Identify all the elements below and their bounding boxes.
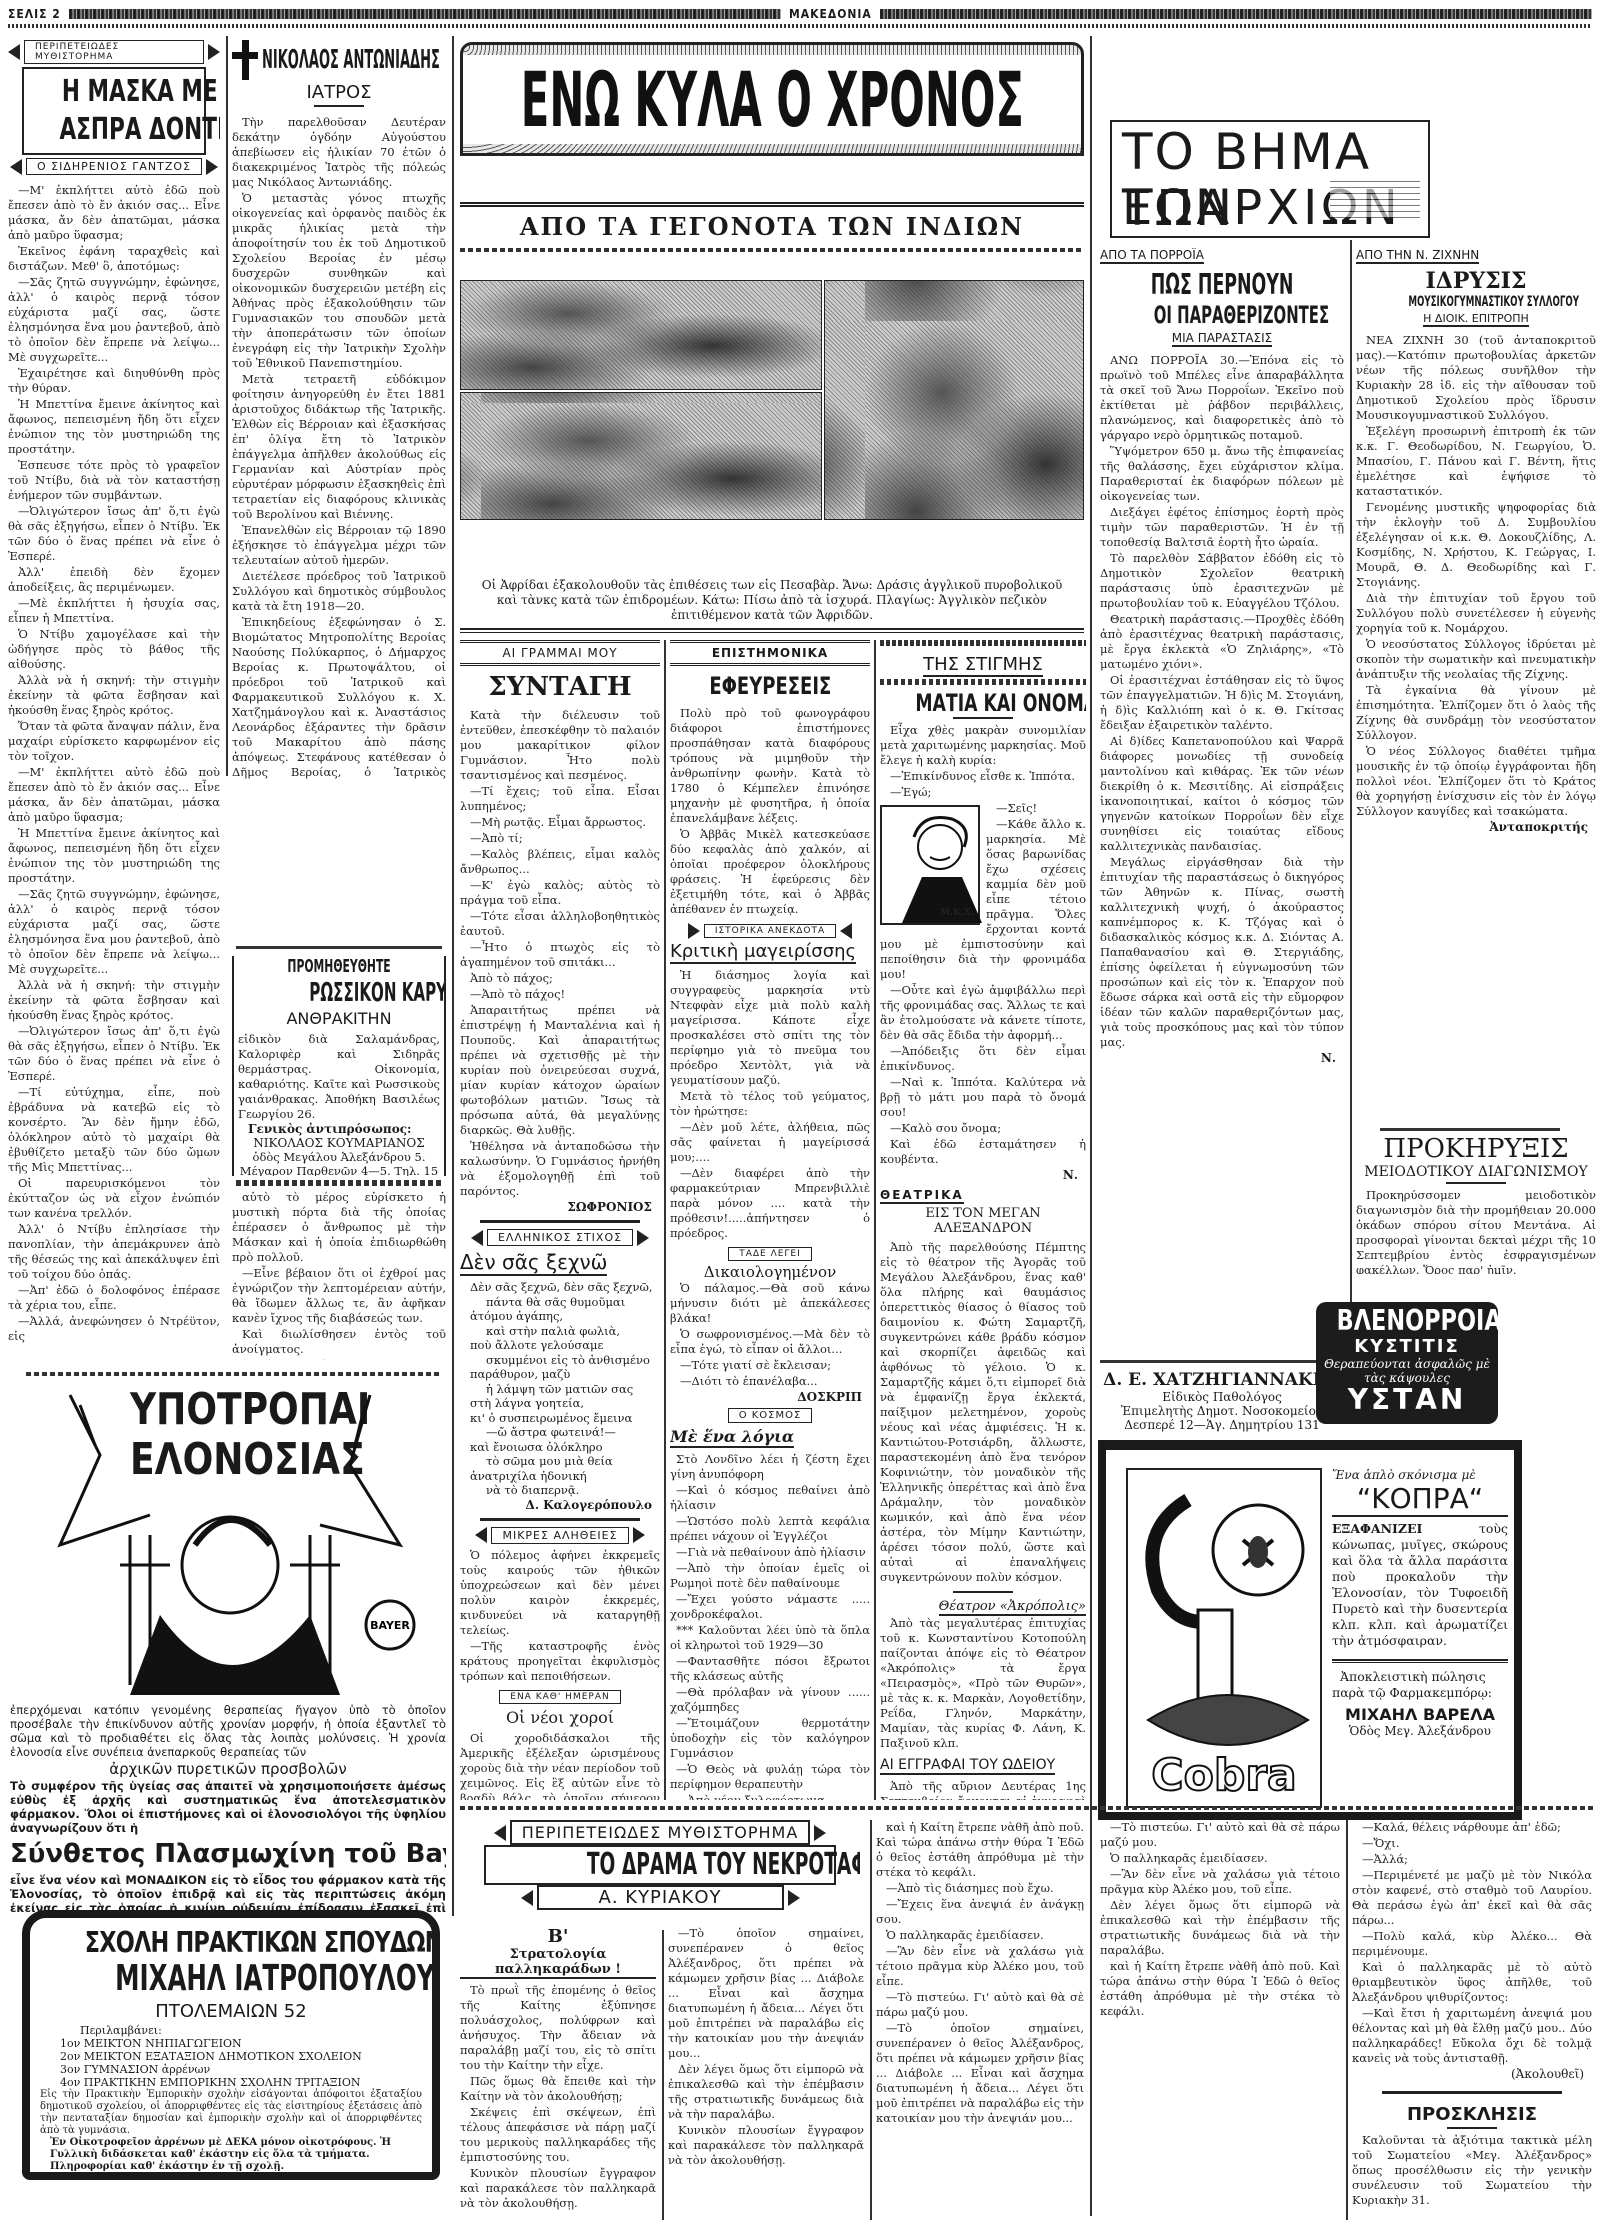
arrow-left-icon <box>475 1527 487 1543</box>
coal-ad-rep-name: ΝΙΚΟΛΑΟΣ ΚΟΥΜΑΡΙΑΝΟΣ <box>238 1136 440 1150</box>
conservatory-body: Ἀπὸ τῆς αὔριον Δευτέρας 1ης Σεπτεμβρίου … <box>880 1779 1086 1800</box>
chapter-number: Β' <box>460 1926 656 1947</box>
serial2-kicker: ΠΕΡΙΠΕΤΕΙΩΔΕΣ ΜΥΘΙΣΤΟΡΗΜΑ <box>460 1820 860 1845</box>
serial2-col1: Β' Στρατολογία παλληκαράδων ! Τὸ πρωῒ τῆ… <box>460 1926 656 2226</box>
poem-signature: Δ. Καλογερόπουλο <box>460 1498 660 1512</box>
tender-notice: ΠΡΟΚΗΡΥΞΙΣ ΜΕΙΟΔΟΤΙΚΟΥ ΔΙΑΓΩΝΙΣΜΟΥ Προκη… <box>1356 1134 1596 1274</box>
doctor-position: Ἐπιμελητὴς Δημοτ. Νοσοκομείου <box>1100 1404 1344 1418</box>
school-ad-items: 1ον ΜΕΙΚΤΟΝ ΝΗΠΙΑΓΩΓΕΙΟΝ 2ον ΜΕΙΚΤΟΝ ΕΞΑ… <box>40 2037 422 2089</box>
coal-ad-subtitle: ΑΝΘΡΑΚΙΤΗΝ <box>238 1009 440 1028</box>
signature: ΔΟΣΚΡΙΠ <box>670 1390 870 1404</box>
serial2-col5: —Καλά, θέλεις νάρθουμε ἀπ' ἐδῶ; —Ὄχι. —Ἀ… <box>1352 1820 1592 2220</box>
divider <box>1380 1128 1560 1131</box>
serial-title-line2: ΑΣΠΡΑ ΔΟΝΤΙΑ <box>59 111 220 149</box>
divider <box>314 105 364 107</box>
section-daily: ΕΝΑ ΚΑΘ' ΗΜΕΡΑΝ <box>460 1690 660 1704</box>
divider <box>1447 2127 1497 2129</box>
section-theatre: ΘΕΑΤΡΙΚΑ <box>880 1188 1086 1204</box>
serial-title-line1: Η ΜΑΣΚΑ ΜΕ ΤΑ <box>62 73 220 111</box>
arrow-right-icon <box>637 1230 649 1246</box>
coal-ad-rep-label: Γενικὸς ἀντιπρόσωπος: <box>238 1122 440 1136</box>
school-ad-line2: ΜΙΧΑΗΛ ΙΑΤΡΟΠΟΥΛΟΥ <box>115 1959 434 1999</box>
cobra-merchant: ΜΙΧΑΗΛ ΒΑΡΕΛΑ <box>1332 1705 1508 1724</box>
divider <box>1100 1360 1344 1363</box>
chapter-title: Στρατολογία παλληκαράδων ! <box>460 1947 656 1979</box>
school-ad-address: ΠΤΟΛΕΜΑΙΩΝ 52 <box>40 2001 422 2022</box>
serial2-title: ΤΟ ΔΡΑΜΑ ΤΟΥ ΝΕΚΡΟΤΑΦΕΙΟΥ <box>587 1847 860 1883</box>
school-ad-body: Εἰς τὴν Πρακτικὴν Ἐμπορικὴν σχολὴν εἰσάγ… <box>40 2089 422 2137</box>
serial2-col3: καὶ ἡ Καίτη ἔτρεπε νὰθῆ ἀπὸ ποῦ. Καὶ τώρ… <box>876 1820 1084 2220</box>
bracket-left-icon <box>688 923 700 939</box>
column-rule <box>874 640 876 1800</box>
article-title-dances: Οἱ νέοι χοροί <box>460 1708 660 1727</box>
divider <box>1446 1182 1506 1184</box>
cobra-lead: ΕΞΑΦΑΝΙΖΕΙ <box>1332 1521 1422 1536</box>
obituary-name: ΝΙΚΟΛΑΟΣ ΑΝΤΩΝΙΑΔΗΣ <box>262 45 440 75</box>
serial-kicker: ΠΕΡΙΠΕΤΕΙΩΔΕΣ ΜΥΘΙΣΤΟΡΗΜΑ <box>8 40 220 64</box>
poem-title: Δὲν σᾶς ξεχνῶ <box>460 1250 660 1276</box>
blenorrhea-brand: ΥΣΤΑΝ <box>1316 1385 1498 1415</box>
column-rule <box>452 36 454 1916</box>
arrow-right-icon <box>208 44 220 60</box>
village-illustration <box>1330 178 1420 218</box>
column-rule <box>870 1820 872 2220</box>
arrow-right-icon <box>633 1527 645 1543</box>
coal-ad-address2: Μέγαρον Παρθενῶν 4—5. Τηλ. 15—71. <box>238 1164 440 1176</box>
coal-ad-title: ΡΩΣΣΙΚΟΝ ΚΑΡΥΔΑΤΟΝ <box>309 977 446 1009</box>
divider <box>953 1591 1013 1593</box>
page-number: ΣΕΛΙΣ 2 <box>8 7 61 21</box>
article-title-eyes-and-name: ΜΑΤΙΑ ΚΑΙ ΟΝΟΜΑ <box>915 689 1086 717</box>
page-header: ΣΕΛΙΣ 2 ΜΑΚΕΔΟΝΙΑ <box>8 4 1592 24</box>
obituary-title: ΙΑΤΡΟΣ <box>232 82 446 103</box>
dateline: ΑΠΟ ΤΗΝ Ν. ΖΙΧΝΗΝ <box>1356 248 1596 264</box>
bayer-ad-heading: ἀρχικῶν πυρετικῶν προσβολῶν <box>10 1762 446 1776</box>
column-rule <box>664 640 666 1800</box>
signature: Ν. <box>1100 1051 1344 1065</box>
bayer-ad-intro: ἐπερχόμεναι κατόπιν γενομένης θεραπείας … <box>10 1703 446 1759</box>
provinces-banner: ΤΟ ΒΗΜΑ ΤΩΝ ΕΠΑΡΧΙΩΝ <box>1110 120 1430 238</box>
divider <box>26 1372 440 1376</box>
cobra-body: τοὺς κώνωπας, μυῖγες, σκώρους καὶ ὅλα τὰ… <box>1332 1521 1508 1648</box>
serial2-col2: —Τὸ ὁποῖον σημαίνει, συνεπέρανεν ὁ θεῖος… <box>668 1926 864 2226</box>
blenorrhea-line1: ΒΛΕΝΟΡΡΟΙΑ <box>1337 1306 1498 1336</box>
invitation-body: Καλοῦνται τὰ ἀξιότιμα τακτικὰ μέλη τοῦ Σ… <box>1352 2133 1592 2208</box>
divider <box>480 1220 640 1223</box>
section-historical-anecdotes: ΙΣΤΟΡΙΚΑ ΑΝΕΚΔΟΤΑ <box>670 923 870 939</box>
paper-name: ΜΑΚΕΔΟΝΙΑ <box>789 7 872 21</box>
article-title-conservatory: ΑΙ ΕΓΓΡΑΦΑΙ ΤΟΥ ΩΔΕΙΟΥ <box>880 1757 1086 1775</box>
illustrator-initials: Μ.Κ.Χ. <box>930 906 974 921</box>
school-ad: ΣΧΟΛΗ ΠΡΑΚΤΙΚΩΝ ΣΠΟΥΔΩΝ ΜΙΧΑΗΛ ΙΑΤΡΟΠΟΥΛ… <box>22 1910 440 2180</box>
cobra-intro: Ἕνα ἁπλὸ σκόνισμα μὲ <box>1332 1468 1508 1482</box>
section-science: ΕΠΙΣΤΗΜΟΝΙΚΑ <box>670 640 870 666</box>
arrow-left-icon <box>494 1825 506 1841</box>
cobra-brand: “ΚΟΠΡΑ“ <box>1332 1482 1508 1517</box>
divider <box>460 248 1084 252</box>
arrow-left-icon <box>10 159 22 175</box>
signature: Ν. <box>880 1168 1086 1182</box>
article-title-line1: ΙΔΡΥΣΙΣ <box>1356 268 1596 294</box>
bracket-right-icon <box>840 923 852 939</box>
feature-headline: ΕΝΩ ΚΥΛΑ Ο ΧΡΟΝΟΣ <box>520 55 1023 144</box>
photo-infantry <box>824 280 1084 520</box>
serial-title-box: Η ΜΑΣΚΑ ΜΕ ΤΑ ΑΣΠΡΑ ΔΟΝΤΙΑ <box>22 67 206 155</box>
doctor-ad: Δ. Ε. ΧΑΤΖΗΓΙΑΝΝΑΚΗΣ Εἰδικὸς Παθολόγος Ἐ… <box>1100 1370 1344 1450</box>
provinces-article-porroia: ΑΠΟ ΤΑ ΠΟΡΡΟΪΑ ΠΩΣ ΠΕΡΝΟΥΝ ΟΙ ΠΑΡΑΘΕΡΙΖΟ… <box>1100 248 1344 1368</box>
school-ad-intro: Περιλαμβάνει: <box>40 2024 422 2037</box>
tender-subtitle: ΜΕΙΟΔΟΤΙΚΟΥ ΔΙΑΓΩΝΙΣΜΟΥ <box>1356 1164 1596 1180</box>
column-rule <box>226 36 228 776</box>
bayer-ad-product: Σύνθετος Πλασμωχίνη τοῦ Bayer <box>10 1839 446 1869</box>
column-my-lines: ΑΙ ΓΡΑΜΜΑΙ ΜΟΥ ΣΥΝΤΑΓΗ Κατὰ τὴν διέλευσι… <box>460 640 660 1800</box>
provinces-article-zichni: ΑΠΟ ΤΗΝ Ν. ΖΙΧΝΗΝ ΙΔΡΥΣΙΣ ΜΟΥΣΙΚΟΓΥΜΝΑΣΤ… <box>1356 248 1596 1108</box>
coal-ad-body: εἰδικὸν διὰ Σαλαμάνδρας, Καλοριφὲρ καὶ Σ… <box>238 1032 440 1122</box>
signature: Ἀνταποκριτής <box>1356 820 1596 834</box>
section-greek-verse: ΕΛΛΗΝΙΚΟΣ ΣΤΙΧΟΣ <box>460 1229 660 1246</box>
theatre-body: Ἀπὸ τῆς παρελθούσης Πέμπτης εἰς τὸ θέατρ… <box>880 1240 1086 1585</box>
dateline: ΑΠΟ ΤΑ ΠΟΡΡΟΪΑ <box>1100 248 1344 264</box>
ornament-rule <box>880 640 1086 646</box>
obituary: ΝΙΚΟΛΑΟΣ ΑΝΤΩΝΙΑΔΗΣ ΙΑΤΡΟΣ Τὴν παρελθοῦσ… <box>232 40 446 780</box>
section-small-truths: ΜΙΚΡΕΣ ΑΛΗΘΕΙΕΣ <box>460 1527 660 1544</box>
feature-headline-box: ΕΝΩ ΚΥΛΑ Ο ΧΡΟΝΟΣ <box>460 42 1084 156</box>
divider <box>236 1180 442 1186</box>
section-tade-legei: ΤΑΔΕ ΛΕΓΕΙ <box>670 1247 870 1261</box>
divider <box>460 202 1084 207</box>
serial-novel-1-continued: αὐτὸ τὸ μέρος εὑρίσκετο ἡ μυστικὴ πόρτα … <box>232 1190 446 1360</box>
article-title-line2: ΜΟΥΣΙΚΟΓΥΜΝΑΣΤΙΚΟΥ ΣΥΛΛΟΓΟΥ <box>1408 294 1579 310</box>
arrow-right-icon <box>788 1890 800 1906</box>
divider <box>460 628 1084 633</box>
article-title-anecdote: Κριτικὴ μαγειρίσσης <box>670 941 870 964</box>
ornament-rule <box>880 679 1086 685</box>
malaria-patient-illustration: BAYER <box>40 1385 430 1695</box>
cobra-ad-copy: Ἕνα ἁπλὸ σκόνισμα μὲ “ΚΟΠΡΑ“ ΕΞΑΦΑΝΙΖΕΙ … <box>1332 1468 1508 1738</box>
article-title-inventions: ΕΦΕΥΡΕΣΕΙΣ <box>709 672 831 700</box>
article-title-acropolis: Θέατρον «Ἀκρόπολις» <box>880 1599 1086 1616</box>
tender-body: Προκηρύσσομεν μειοδοτικὸν διαγωνισμὸν δι… <box>1356 1188 1596 1274</box>
acropolis-body: Ἀπὸ τὰς μεγαλυτέρας ἐπιτυχίας τοῦ κ. Κων… <box>880 1616 1086 1751</box>
column-rule <box>1350 240 1352 1390</box>
section-cosmos: Ο ΚΟΣΜΟΣ <box>670 1408 870 1423</box>
cobra-merchant-address: Ὁδὸς Μεγ. Ἀλεξάνδρου <box>1332 1724 1508 1738</box>
article-title-great-alexander: ΕΙΣ ΤΟΝ ΜΕΓΑΝ ΑΛΕΞΑΝΔΡΟΝ <box>880 1206 1086 1236</box>
article-title-syntagi: ΣΥΝΤΑΓΗ <box>460 672 660 702</box>
arrow-right-icon <box>206 159 218 175</box>
school-ad-body3: Πληροφορίαι καθ' ἑκάστην ἐν τῇ σχολῇ. <box>40 2161 422 2173</box>
cross-icon <box>232 40 258 80</box>
coal-ad-kicker: ΠΡΟΜΗΘΕΥΘΗΤΕ <box>287 956 390 977</box>
divider <box>480 1518 640 1521</box>
article-subtitle: ΜΙΑ ΠΑΡΑΣΤΑΣΙΣ <box>1100 331 1344 347</box>
column-rule <box>1090 36 1092 2216</box>
article-title-justified: Δικαιολογημένον <box>670 1263 870 1281</box>
article-title-in-brief: Μὲ ἕνα λόγια <box>670 1427 870 1448</box>
bayer-ad-body: εἶνε ἕνα νέον καὶ ΜΟΝΑΔΙΚΟΝ εἰς τὸ εἶδος… <box>10 1873 446 1915</box>
article-subtitle: Η ΔΙΟΙΚ. ΕΠΙΤΡΟΠΗ <box>1356 312 1596 327</box>
poem-body: Δὲν σᾶς ξεχνῶ, δὲν σᾶς ξεχνῶ, πάντα θὰ σ… <box>460 1280 660 1498</box>
serial-subtitle: Ο ΣΙΔΗΡΕΝΙΟΣ ΓΑΝΤΖΟΣ <box>8 158 220 175</box>
invitation-title: ΠΡΟΣΚΛΗΣΙΣ <box>1352 2104 1592 2125</box>
blenorrhea-line2: ΚΥΣΤΙΤΙΣ <box>1316 1336 1498 1357</box>
blenorrhea-line3: Θεραπεύονται ἀσφαλῶς μὲ τὰς κάψουλες <box>1316 1357 1498 1385</box>
header-dotted-rule <box>8 24 1592 28</box>
divider <box>1332 1659 1508 1663</box>
serial-body: —Μ' ἐκπλήττει αὐτὸ ἐδῶ ποὺ ἔπεσεν ἀπὸ τὸ… <box>8 183 220 1344</box>
continued-label: (Ἀκολουθεῖ) <box>1352 2067 1592 2081</box>
school-ad-body2: Ἐν Οἰκοτροφεῖον ἀρρένων μὲ ΔΕΚΑ μόνον οἰ… <box>40 2137 422 2161</box>
photo-caption: Οἱ Ἀφρίδαι ἐξακολουθοῦν τὰς ἐπιθέσεις τω… <box>470 578 1074 623</box>
caricature-illustration: Μ.Κ.Χ. <box>880 805 980 925</box>
bayer-logo: BAYER <box>370 1619 410 1632</box>
article-title-line1: ΠΩΣ ΠΕΡΝΟΥΝ <box>1151 268 1294 301</box>
photo-artillery <box>460 280 822 390</box>
header-rule-left <box>69 9 781 19</box>
bayer-ad: ΥΠΟΤΡΟΠΑΙ ΕΛΟΝΟΣΙΑΣ BAYER ἐπερχόμεναι κα… <box>10 1385 446 1915</box>
school-ad-line1: ΣΧΟΛΗ ΠΡΑΚΤΙΚΩΝ ΣΠΟΥΔΩΝ <box>85 1926 440 1959</box>
arrow-left-icon <box>8 44 20 60</box>
feature-subhead: ΑΠΟ ΤΑ ΓΕΓΟΝΟΤΑ ΤΩΝ ΙΝΔΙΩΝ <box>460 212 1084 241</box>
photo-fortifications <box>460 392 822 520</box>
column-rule <box>1346 1820 1348 2220</box>
doctor-address: Δεσπερέ 12—Ἁγ. Δημητρίου 131 <box>1100 1418 1344 1432</box>
divider <box>1382 2091 1562 2094</box>
section-moment: ΤΗΣ ΣΤΙΓΜΗΣ <box>880 654 1086 677</box>
divider <box>460 1806 1596 1810</box>
cobra-illustration: Cobra <box>1126 1468 1322 1808</box>
serial2-author-box: Α. ΚΥΡΙΑΚΟΥ <box>460 1885 860 1910</box>
coal-ad-address: ὁδὸς Μεγάλου Ἀλεξάνδρου 5. <box>238 1150 440 1164</box>
bayer-ad-para: Τὸ συμφέρον τῆς ὑγείας σας ἀπαιτεῖ νὰ χρ… <box>10 1779 446 1835</box>
column-moment: ΤΗΣ ΣΤΙΓΜΗΣ ΜΑΤΙΑ ΚΑΙ ΟΝΟΜΑ Εἶχα χθὲς μα… <box>880 640 1086 1800</box>
cobra-logo: Cobra <box>1151 1750 1296 1801</box>
serial-novel-2-header: ΠΕΡΙΠΕΤΕΙΩΔΕΣ ΜΥΘΙΣΤΟΡΗΜΑ ΤΟ ΔΡΑΜΑ ΤΟΥ Ν… <box>460 1820 860 1920</box>
arrow-left-icon <box>471 1230 483 1246</box>
arrow-right-icon <box>814 1825 826 1841</box>
obituary-body: Τὴν παρελθοῦσαν Δευτέραν δεκάτην ὀγδόην … <box>232 115 446 780</box>
tender-title: ΠΡΟΚΗΡΥΞΙΣ <box>1356 1134 1596 1164</box>
doctor-name: Δ. Ε. ΧΑΤΖΗΓΙΑΝΝΑΚΗΣ <box>1100 1370 1344 1390</box>
arrow-left-icon <box>521 1890 533 1906</box>
divider <box>953 717 1013 719</box>
blenorrhea-ad: ΒΛΕΝΟΡΡΟΙΑ ΚΥΣΤΙΤΙΣ Θεραπεύονται ἀσφαλῶς… <box>1316 1302 1498 1424</box>
article-title-line2: ΟΙ ΠΑΡΑΘΕΡΙΖΟΝΤΕΣ <box>1154 301 1329 329</box>
section-my-lines: ΑΙ ΓΡΑΜΜΑΙ ΜΟΥ <box>460 640 660 666</box>
divider <box>236 946 442 949</box>
serial2-col4: —Τὸ πιστεύω. Γι' αὐτὸ καὶ θὰ σὲ πάρω μαζ… <box>1100 1820 1340 2220</box>
signature: ΣΩΦΡΟΝΙΟΣ <box>460 1200 660 1214</box>
column-rule <box>662 1930 664 2220</box>
serial-novel-1: ΠΕΡΙΠΕΤΕΙΩΔΕΣ ΜΥΘΙΣΤΟΡΗΜΑ Η ΜΑΣΚΑ ΜΕ ΤΑ … <box>8 40 220 1360</box>
coal-ad: ΠΡΟΜΗΘΕΥΘΗΤΕ ΡΩΣΣΙΚΟΝ ΚΑΡΥΔΑΤΟΝ ΑΝΘΡΑΚΙΤ… <box>232 956 446 1176</box>
cobra-sales: Ἀποκλειστικὴ πώλησις παρὰ τῷ Φαρμακεμπόρ… <box>1332 1669 1508 1701</box>
column-science: ΕΠΙΣΤΗΜΟΝΙΚΑ ΕΦΕΥΡΕΣΕΙΣ Πολὺ πρὸ τοῦ φων… <box>670 640 870 1800</box>
doctor-specialty: Εἰδικὸς Παθολόγος <box>1100 1390 1344 1404</box>
cobra-ad: Cobra Ἕνα ἁπλὸ σκόνισμα μὲ “ΚΟΠΡΑ“ ΕΞΑΦΑ… <box>1098 1440 1522 1820</box>
header-rule-right <box>880 9 1592 19</box>
